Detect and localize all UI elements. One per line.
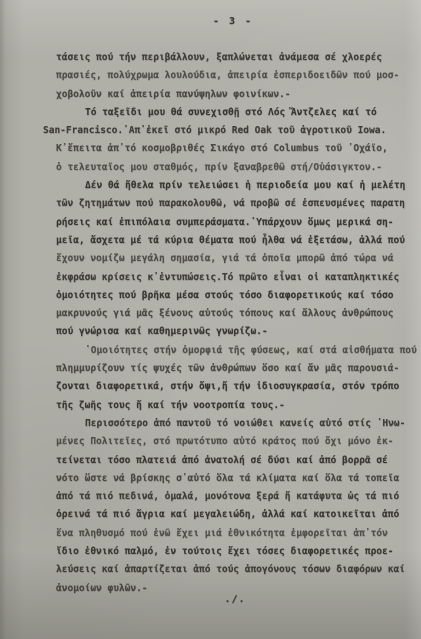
- text-line: ρήσεις καί ἐπιπόλαια συμπεράσματα.῾Υπάρχ…: [56, 214, 408, 232]
- text-line: ζονται διαφορετικά, στήν ὄψι,ἤ τήν ἰδιοσ…: [56, 378, 408, 396]
- text-line: Περισσότερο ἀπό παντοῦ τό νοιώθει κανείς…: [56, 415, 408, 433]
- text-line: Κ᾿ἔπειτα ἀπ᾿τό κοσμοβριθές Σικάγο στό Co…: [56, 140, 408, 158]
- text-line: ἕνα πληθυσμό πού ἐνῶ ἔχει μιά ἐθνικότητα…: [56, 525, 408, 543]
- text-line: Τό ταξεῖδι μου θά συνεχισθῇ στό Λός Ἄντζ…: [56, 104, 408, 122]
- text-line: τῶν ζητημάτων πού παρακολουθῶ, νά προβῶ …: [56, 195, 408, 213]
- text-line: ἔχουν νομίζω μεγάλη σημασία, γιά τά ὁποῖ…: [56, 250, 408, 268]
- text-line: μεῖα, ἄσχετα μέ τά κύρια θέματα πού ἦλθα…: [56, 232, 408, 250]
- text-line: χοβολοῦν καί ἀπειρία πανύψηλων φοινίκων.…: [56, 86, 408, 104]
- text-line: ἀπό τά πιό πεδινά, ὁμαλά, μονότονα ξερά …: [56, 488, 408, 506]
- text-line: νότο ὥστε νά βρίσκης σ᾿αὐτό ὅλα τά κλίμα…: [56, 470, 408, 488]
- text-line: μένες Πολιτεῖες, στό πρωτότυπο αὐτό κράτ…: [56, 433, 408, 451]
- text-line: λεύσεις καί ἀπαρτίζεται ἀπό τούς ἀπογόνο…: [56, 561, 408, 579]
- text-line: ἴδιο ἐθνικό παλμό, ἐν τούτοις ἔχει τόσες…: [56, 543, 408, 561]
- text-line: San-Francisco.᾿Απ᾿ἐκεῖ στό μικρό Red Oak…: [43, 122, 408, 140]
- text-line: ἐκφράσω κρίσεις κ᾿ἐντυπώσεις.Τό πρῶτο εἶ…: [56, 269, 408, 287]
- text-line: τῆς ζωῆς τους ἤ καί τήν νοοτροπία τους.-: [56, 397, 408, 415]
- page-number: - 3 -: [213, 16, 253, 27]
- text-line: πρασιές, πολύχρωμα λουλούδια, ἀπειρία ἑσ…: [56, 67, 408, 85]
- text-line: μακρυνούς γιά μᾶς ξένους αὐτούς τόπους κ…: [56, 305, 408, 323]
- document-body: τάσεις πού τήν περιβάλλουν, ξαπλώνεται ἀ…: [56, 49, 408, 598]
- text-line: τάσεις πού τήν περιβάλλουν, ξαπλώνεται ἀ…: [56, 49, 408, 67]
- text-line: πλημμυρίζουν τίς ψυχές τῶν ἀνθρώπων ὅσο …: [56, 360, 408, 378]
- text-line: ῾Ομοιότητες στήν ὀμορφιά τῆς φύσεως, καί…: [56, 342, 408, 360]
- text-line: Δέν θά ἤθελα πρίν τελειώσει ἡ περιοδεία …: [56, 177, 408, 195]
- text-line: ὁ τελευταῖος μου σταθμός, πρίν ξαναβρεθῶ…: [56, 159, 408, 177]
- text-line: πού γνώρισα καί καθημερινῶς γνωρίζω.-: [56, 323, 408, 341]
- text-line: ὀρεινά τά πιό ἄγρια καί μεγαλειώδη, ἀλλά…: [56, 506, 408, 524]
- text-line: ὁμοιότητες πού βρῆκα μέσα στούς τόσο δια…: [56, 287, 408, 305]
- text-line: τείνεται τόσο πλατειά ἀπό ἀνατολή σέ δύσ…: [56, 452, 408, 470]
- footer-continuation-mark: ./.: [224, 594, 245, 605]
- scanned-page: - 3 - τάσεις πού τήν περιβάλλουν, ξαπλών…: [0, 0, 421, 639]
